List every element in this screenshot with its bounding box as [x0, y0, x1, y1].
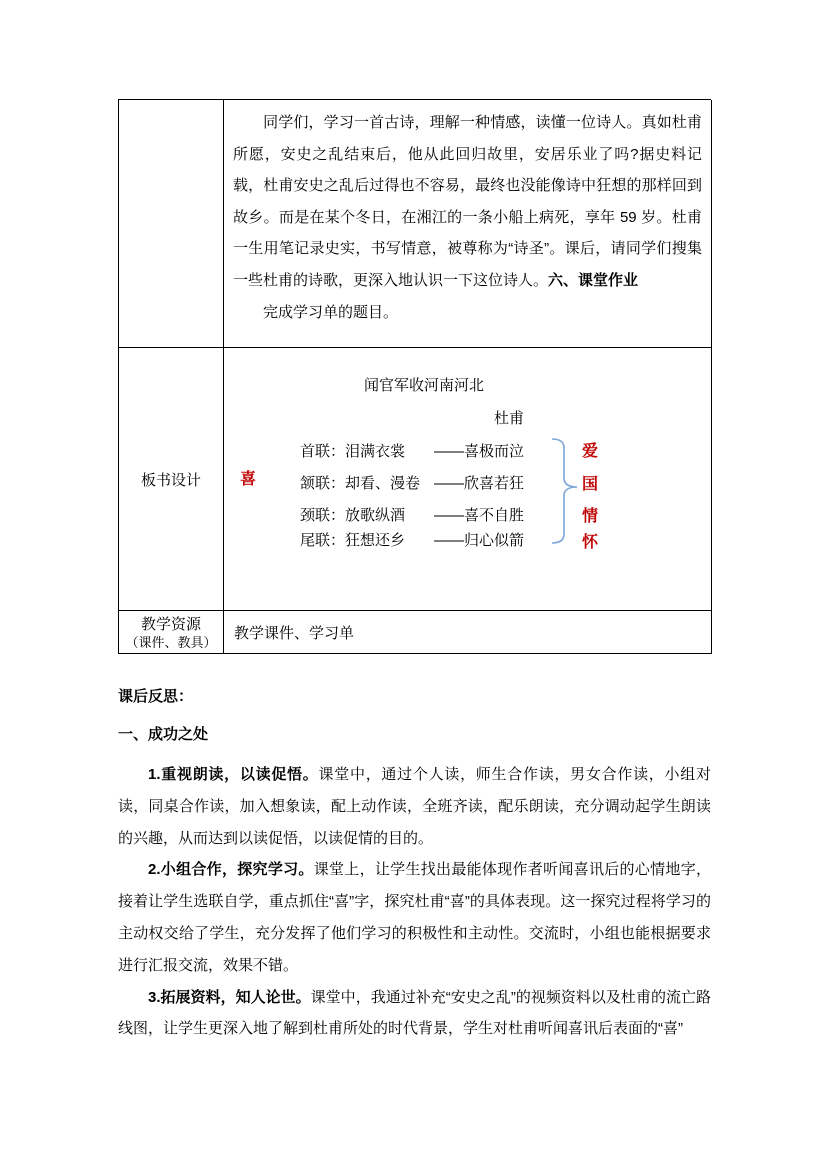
reflection-point-title: 2.小组合作，探究学习。: [148, 861, 314, 878]
theme-char: 爱: [582, 438, 598, 461]
classwork-task: 完成学习单的题目。: [233, 297, 702, 329]
closing-text: 同学们，学习一首古诗，理解一种情感，读懂一位诗人。真如杜甫所愿，安史之乱结束后，…: [233, 114, 702, 289]
board-design-label: 板书设计: [141, 469, 201, 490]
resources-label: 教学资源: [141, 613, 201, 634]
curly-brace-icon: [549, 436, 581, 548]
row1-empty-label-cell: [119, 100, 224, 348]
board-line-result: ——喜极而泣: [434, 440, 524, 461]
lesson-plan-table: 同学们，学习一首古诗，理解一种情感，读懂一位诗人。真如杜甫所愿，安史之乱结束后，…: [118, 99, 711, 654]
board-line-result: ——喜不自胜: [434, 504, 524, 525]
board-line-label: 颔联：却看、漫卷: [300, 472, 420, 493]
board-line-label: 首联：泪满衣裳: [300, 440, 405, 461]
reflection-point-title: 1.重视朗读，以读促悟。: [148, 766, 319, 783]
document-page: 同学们，学习一首古诗，理解一种情感，读懂一位诗人。真如杜甫所愿，安史之乱结束后，…: [0, 0, 827, 1170]
classwork-heading: 六、课堂作业: [548, 272, 638, 289]
board-design-cell: 闻官军收河南河北 杜甫 喜 首联：泪满衣裳 ——喜极而泣 颔联：却看、漫卷 ——…: [224, 348, 712, 611]
board-line-label: 尾联：狂想还乡: [300, 529, 405, 550]
resources-label-cell: 教学资源 （课件、教具）: [119, 611, 224, 654]
board-keyword: 喜: [240, 466, 256, 489]
board-design-label-cell: 板书设计: [119, 348, 224, 611]
reflection-heading: 课后反思：: [118, 686, 711, 708]
board-line-result: ——欣喜若狂: [434, 472, 524, 493]
reflection-paragraph: 2.小组合作，探究学习。课堂上，让学生找出最能体现作者听闻喜讯后的心情地字，接着…: [118, 854, 711, 981]
resources-value-cell: 教学课件、学习单: [224, 611, 712, 654]
reflection-section: 课后反思： 一、成功之处 1.重视朗读，以读促悟。课堂中，通过个人读，师生合作读…: [118, 686, 711, 1045]
blackboard-design: 闻官军收河南河北 杜甫 喜 首联：泪满衣裳 ——喜极而泣 颔联：却看、漫卷 ——…: [224, 348, 711, 610]
resources-sublabel: （课件、教具）: [125, 634, 216, 651]
closing-paragraph: 同学们，学习一首古诗，理解一种情感，读懂一位诗人。真如杜甫所愿，安史之乱结束后，…: [233, 107, 702, 297]
board-poem-title: 闻官军收河南河北: [364, 374, 484, 395]
theme-char: 怀: [582, 529, 598, 552]
reflection-section-title: 一、成功之处: [118, 724, 711, 746]
theme-char: 国: [582, 471, 598, 494]
reflection-paragraph: 3.拓展资料，知人论世。课堂中，我通过补充“安史之乱”的视频资料以及杜甫的流亡路…: [118, 982, 711, 1046]
resources-value: 教学课件、学习单: [234, 622, 354, 643]
theme-char: 情: [582, 503, 598, 526]
board-line-label: 颈联：放歌纵酒: [300, 504, 405, 525]
reflection-point-title: 3.拓展资料，知人论世。: [148, 989, 311, 1006]
reflection-paragraph: 1.重视朗读，以读促悟。课堂中，通过个人读，师生合作读，男女合作读，小组对读，同…: [118, 759, 711, 854]
board-poem-author: 杜甫: [494, 407, 524, 428]
closing-remarks-cell: 同学们，学习一首古诗，理解一种情感，读懂一位诗人。真如杜甫所愿，安史之乱结束后，…: [224, 100, 712, 348]
board-line-result: ——归心似箭: [434, 529, 524, 550]
